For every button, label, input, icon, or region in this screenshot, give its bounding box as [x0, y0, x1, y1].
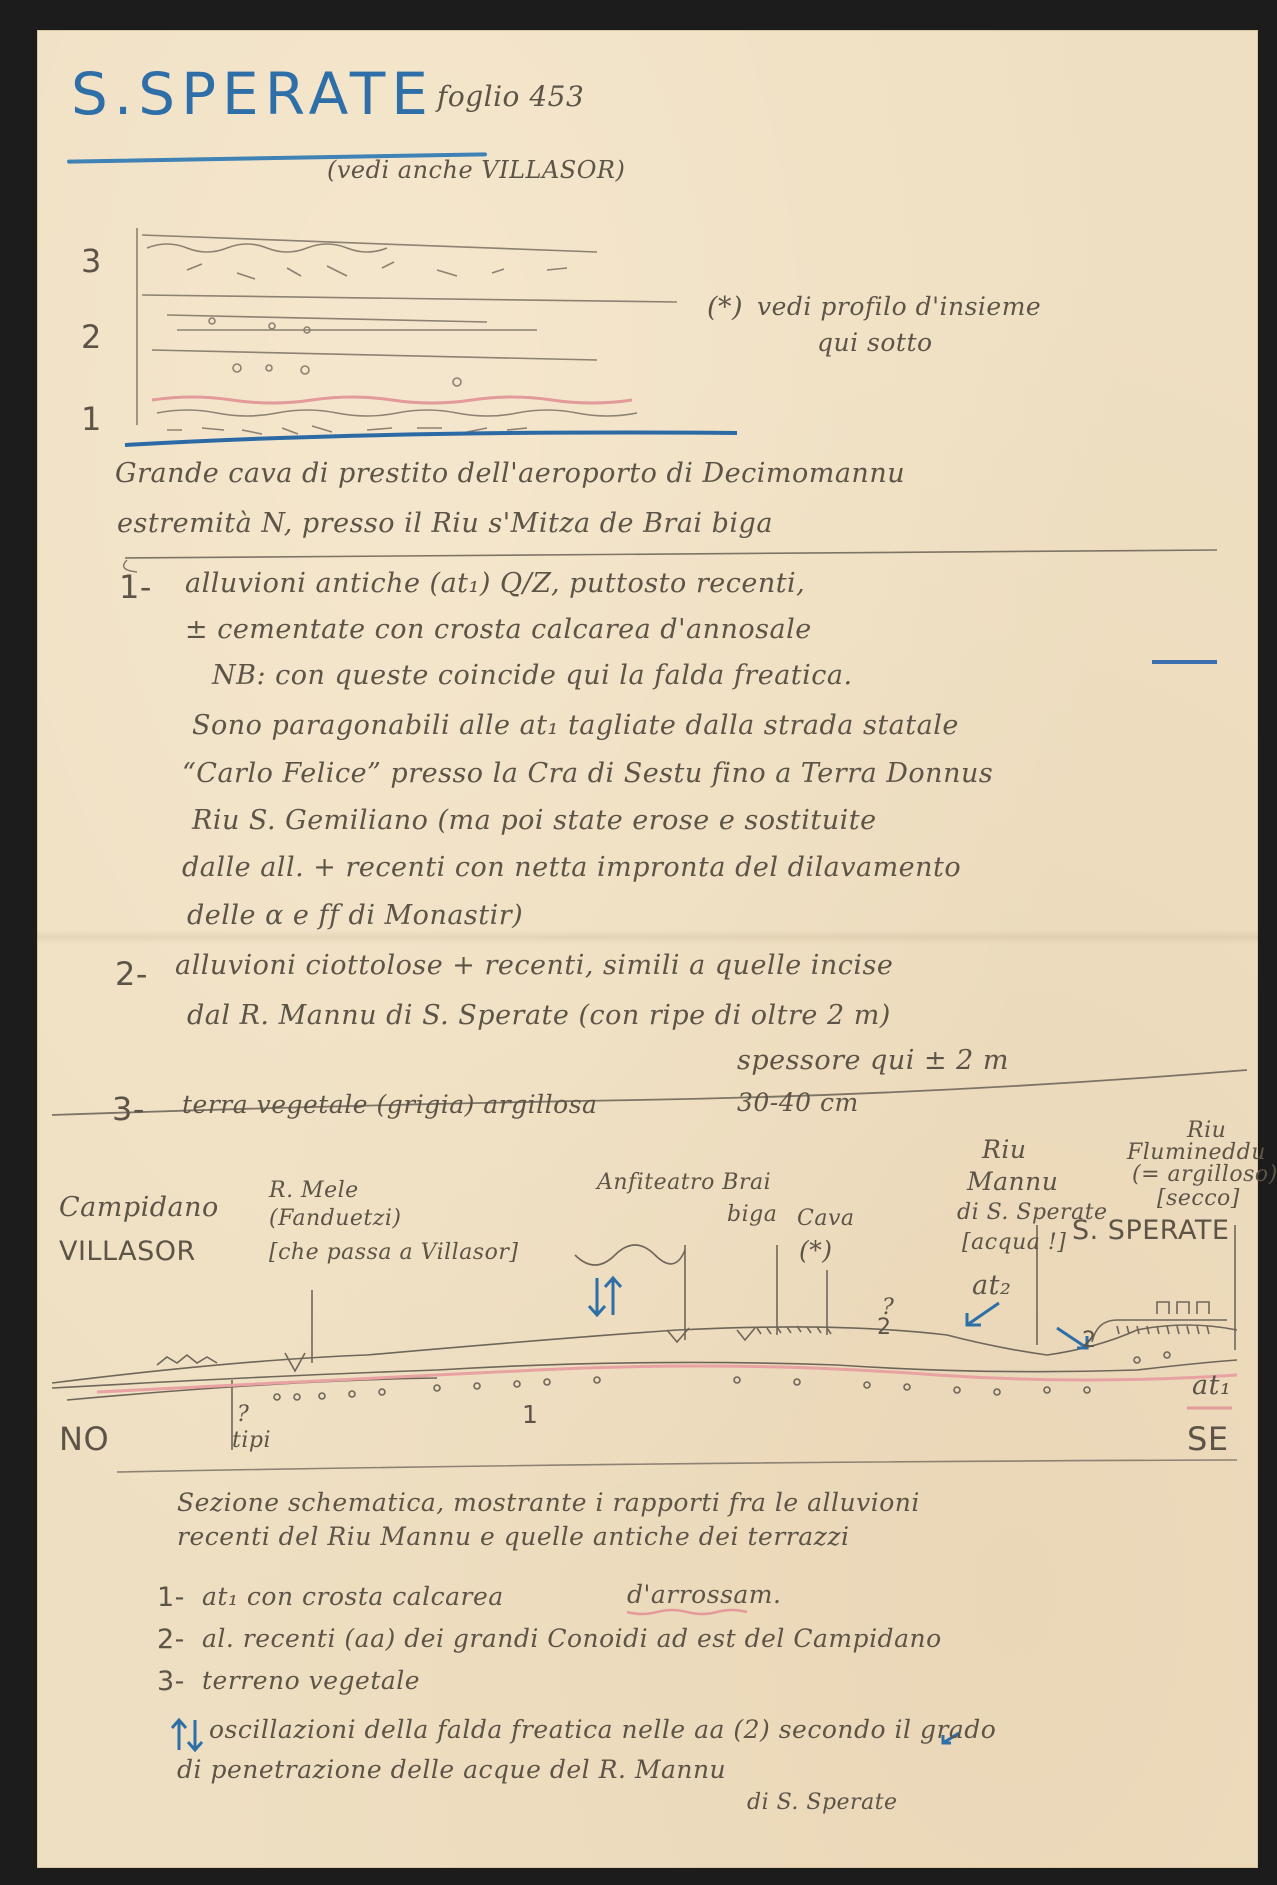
sheet-reference: foglio 453 — [437, 80, 584, 113]
blue-water-table-line — [125, 433, 737, 446]
label-rio-flumineddu-4: [secco] — [1157, 1186, 1240, 1211]
layer-label-1: 1 — [81, 400, 102, 438]
label-layer-2-left: 2 — [877, 1315, 892, 1340]
description-2-line: dal R. Mannu di S. Sperate (con ripe di … — [187, 1000, 891, 1031]
legend-item-3-number: 3- — [157, 1666, 185, 1697]
label-well-question: ? — [237, 1402, 249, 1427]
page-title: S.SPERATE — [71, 60, 434, 128]
notebook-page: S.SPERATE foglio 453 (vedi anche VILLASO… — [37, 30, 1258, 1868]
description-1-line: NB: con queste coincide qui la falda fre… — [212, 660, 853, 691]
legend-note-line-2: di penetrazione delle acque del R. Mannu — [177, 1755, 726, 1784]
description-3-number: 3- — [112, 1090, 145, 1128]
label-campidano: Campidano — [59, 1192, 219, 1223]
label-at1: at₁ — [1192, 1370, 1231, 1401]
page-subtitle: (vedi anche VILLASOR) — [327, 156, 625, 184]
label-rio-mannu-4: [acqua !] — [962, 1230, 1066, 1255]
description-3-line: terra vegetale (grigia) argillosa — [182, 1090, 597, 1119]
profile-note-line2: qui sotto — [817, 328, 933, 357]
label-r-mele-note: [che passa a Villasor] — [269, 1240, 518, 1265]
location-line-2: estremità N, presso il Riu s'Mitza de Br… — [117, 508, 773, 539]
layer-label-2: 2 — [81, 318, 102, 356]
cross-section-sketch — [52, 1225, 1237, 1450]
description-1-line: dalle all. + recenti con netta impronta … — [182, 852, 961, 883]
description-1-line: Sono paragonabili alle at₁ tagliate dall… — [192, 710, 959, 741]
label-no-direction: NO — [59, 1420, 109, 1458]
label-r-mele: R. Mele — [269, 1178, 359, 1203]
red-layer-line — [97, 1366, 1237, 1392]
description-2-line: spessore qui ± 2 m — [737, 1045, 1009, 1076]
legend-intro-line-2: recenti del Riu Mannu e quelle antiche d… — [177, 1522, 850, 1551]
label-anfiteatro: Anfiteatro Brai — [597, 1170, 771, 1195]
label-layer-2-right: 2 — [1082, 1328, 1097, 1353]
legend-item-2-text: al. recenti (aa) dei grandi Conoidi ad e… — [202, 1624, 942, 1653]
description-1-line: ± cementate con crosta calcarea d'annosa… — [185, 614, 812, 645]
label-layer-1: 1 — [522, 1400, 538, 1429]
label-villasor: VILLASOR — [59, 1236, 196, 1267]
label-at2: at₂ — [972, 1270, 1011, 1301]
legend-item-1-number: 1- — [157, 1582, 185, 1613]
legend-item-2-number: 2- — [157, 1624, 185, 1655]
profile-note: vedi profilo d'insieme — [757, 292, 1041, 321]
label-cava-marker: (*) — [799, 1236, 833, 1265]
label-rio-mannu: Riu — [982, 1135, 1026, 1164]
description-2-line: alluvioni ciottolose + recenti, simili a… — [175, 950, 893, 981]
red-horizon-line — [152, 397, 632, 403]
description-1-line: delle α e ff di Monastir) — [187, 900, 523, 931]
page-fold — [37, 930, 1258, 944]
legend-item-3-text: terreno vegetale — [202, 1666, 420, 1695]
label-anfiteatro-2: biga — [727, 1202, 777, 1227]
description-1-number: 1- — [119, 568, 152, 606]
description-1-line: “Carlo Felice” presso la Cra di Sestu fi… — [182, 758, 993, 789]
description-2-number: 2- — [115, 955, 148, 993]
layer-label-3: 3 — [81, 242, 102, 280]
description-1-line: Riu S. Gemiliano (ma poi state erose e s… — [192, 805, 877, 836]
location-line-1: Grande cava di prestito dell'aeroporto d… — [115, 458, 905, 489]
description-1-line: alluvioni antiche (at₁) Q/Z, puttosto re… — [185, 568, 805, 599]
legend-note-line-1: oscillazioni della falda freatica nelle … — [209, 1715, 996, 1744]
label-well: tipi — [232, 1428, 271, 1453]
label-se-direction: SE — [1187, 1420, 1229, 1458]
legend-item-1-text: at₁ con crosta calcarea — [202, 1582, 504, 1611]
description-3-thickness: 30-40 cm — [737, 1088, 859, 1117]
label-cava: Cava — [797, 1206, 855, 1231]
stratigraphic-column-sketch — [137, 228, 677, 434]
label-r-mele-alt: (Fanduetzi) — [269, 1206, 401, 1231]
legend-intro-line-1: Sezione schematica, mostrante i rapporti… — [177, 1488, 920, 1517]
label-s-sperate: S. SPERATE — [1072, 1215, 1229, 1246]
label-rio-mannu-2: Mannu — [967, 1167, 1058, 1196]
legend-item-1-highlight: d'arrossam. — [627, 1580, 781, 1609]
label-rio-flumineddu-3: (= argilloso) — [1132, 1162, 1277, 1187]
legend-note-line-3: di S. Sperate — [747, 1790, 898, 1815]
note-marker: (*) — [707, 292, 743, 323]
blue-arrows — [589, 1278, 1087, 1348]
